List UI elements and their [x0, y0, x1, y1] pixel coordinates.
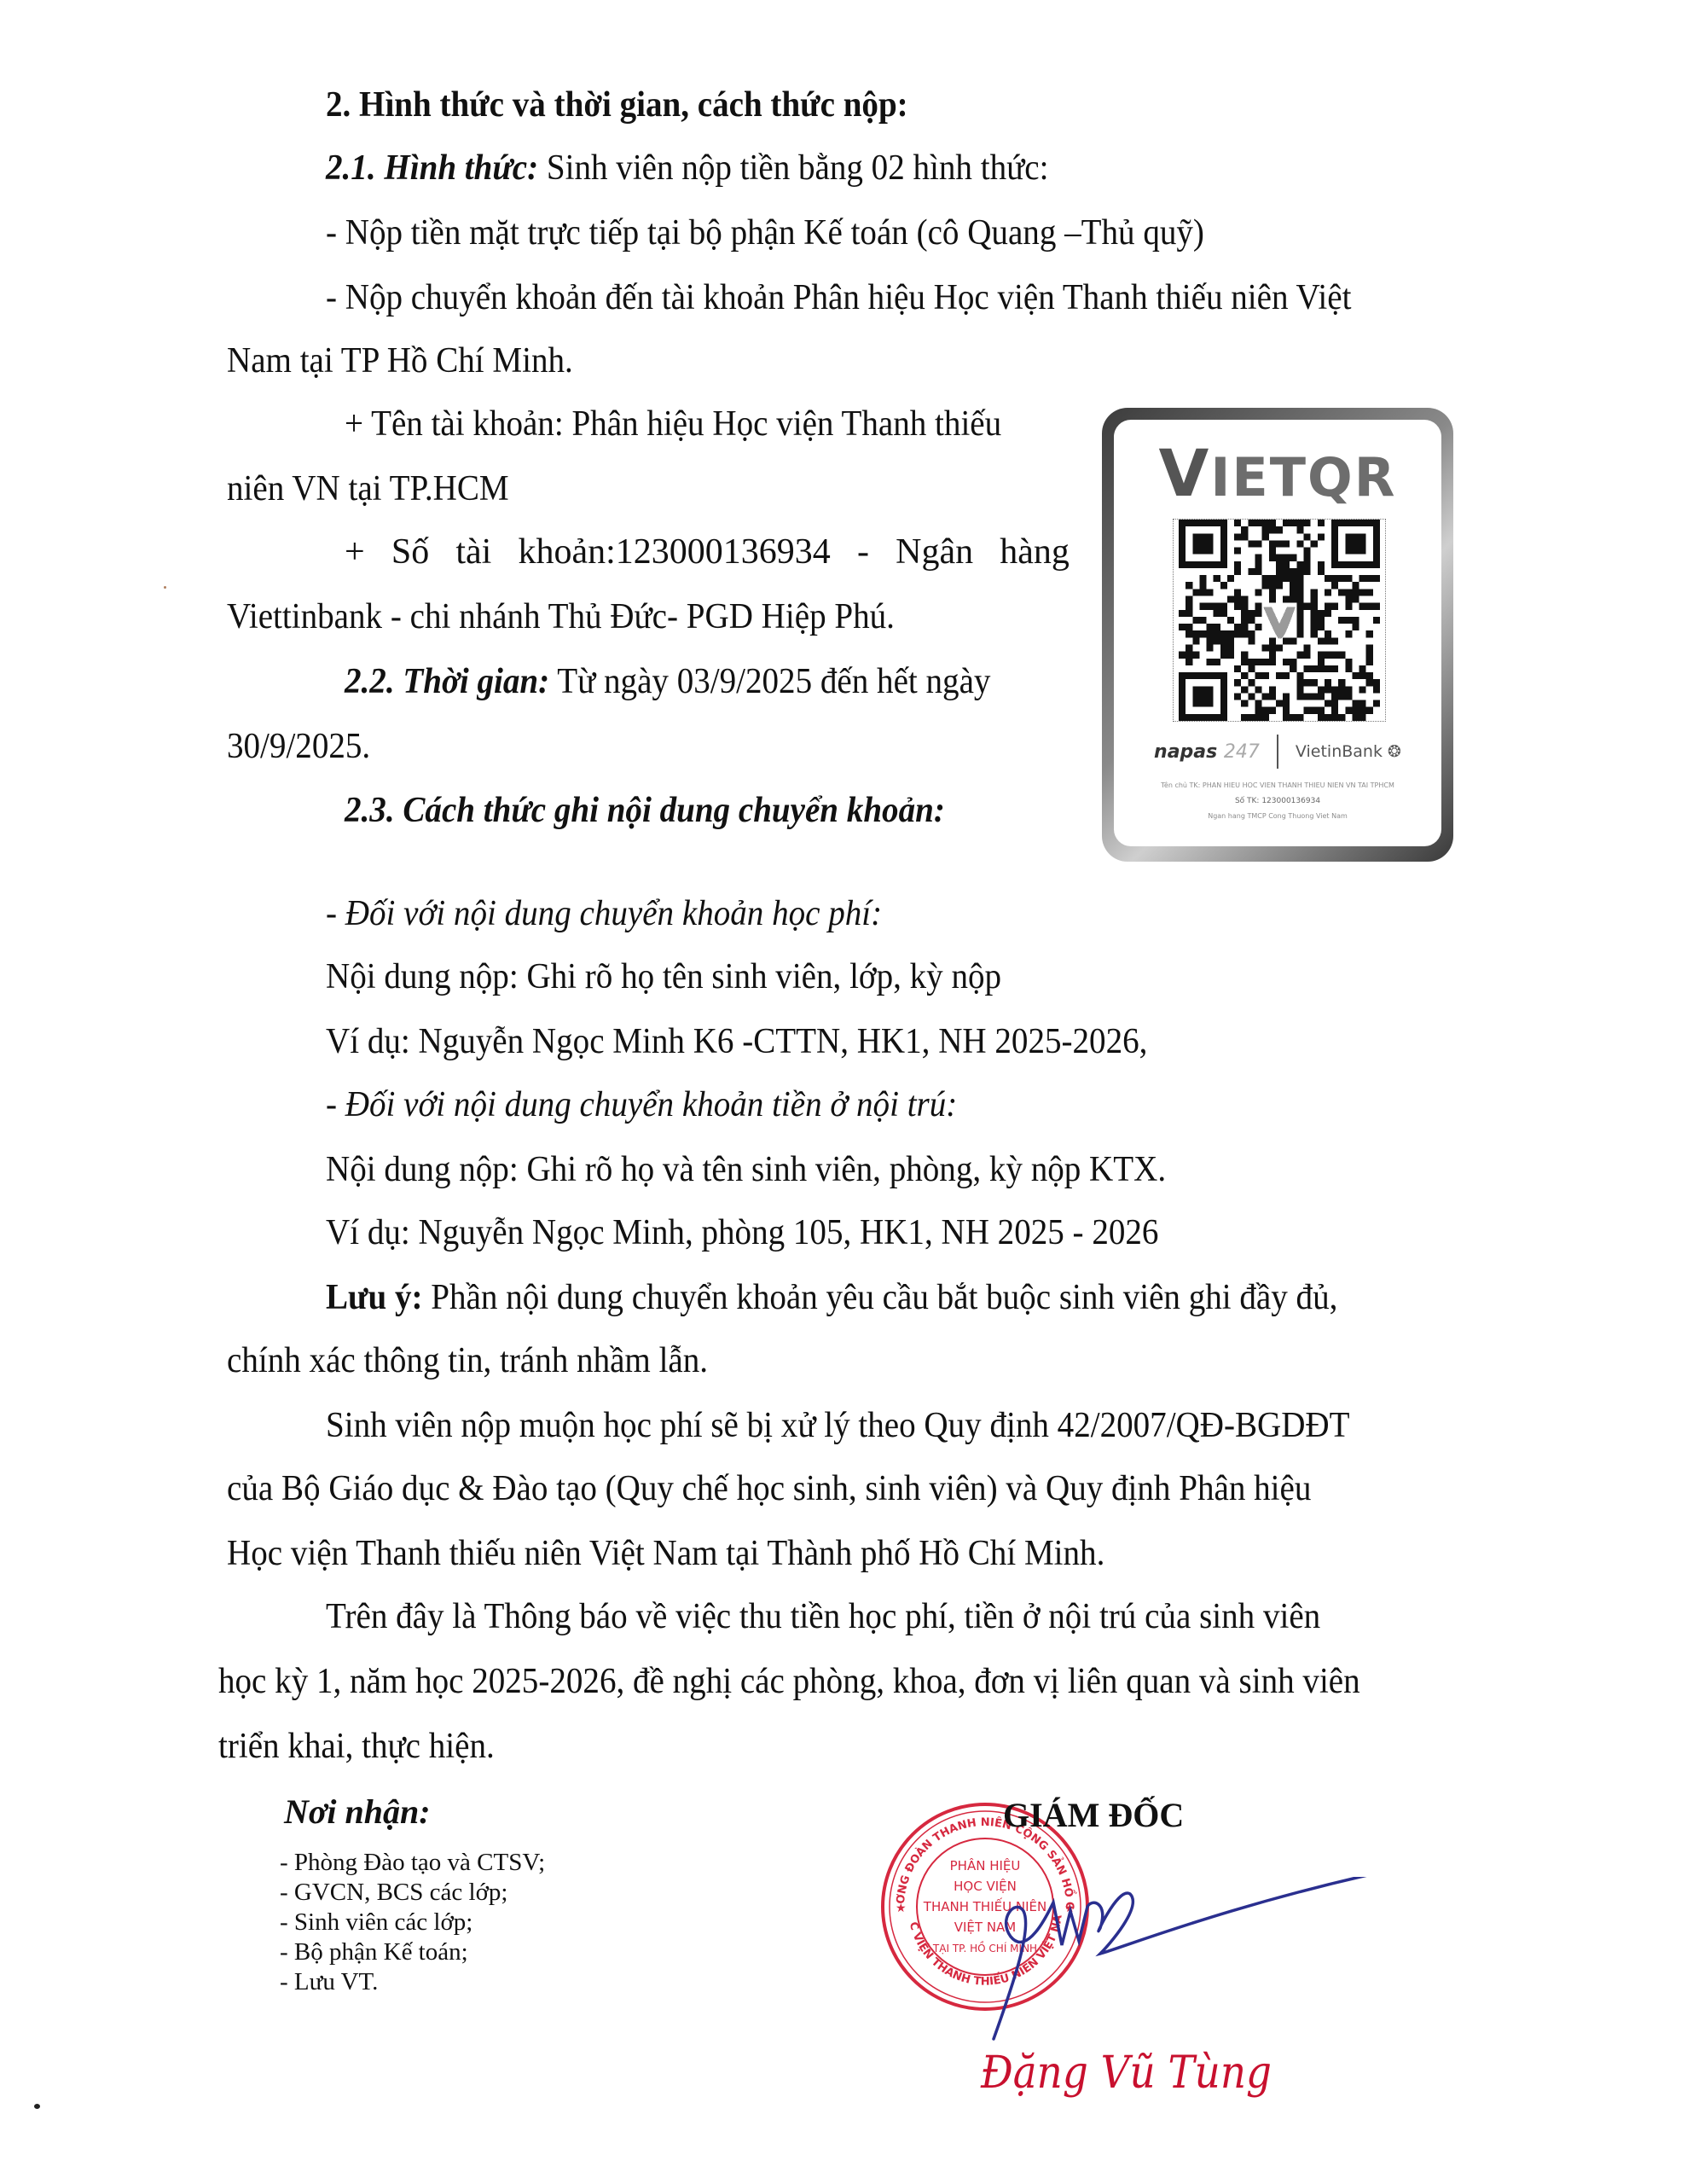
vietqr-logo-v: V: [1159, 435, 1211, 511]
closing-line1: Trên đây là Thông báo về việc thu tiền h…: [326, 1595, 1320, 1638]
recipients-list: - Phòng Đào tạo và CTSV; - GVCN, BCS các…: [280, 1848, 545, 1997]
form-paragraph: 2.1. Hình thức: Sinh viên nộp tiền bằng …: [326, 147, 1048, 189]
vietinbank-icon: ❂: [1388, 742, 1401, 761]
vietqr-logo: VIETQR: [1114, 435, 1441, 511]
late-payment-line2: của Bộ Giáo dục & Đào tạo (Quy chế học s…: [227, 1467, 1311, 1510]
bank-branch-line: Viettinbank - chi nhánh Thủ Đức- PGD Hiệ…: [227, 595, 895, 638]
method-cash: - Nộp tiền mặt trực tiếp tại bộ phận Kế …: [326, 212, 1204, 254]
tuition-example: Ví dụ: Nguyễn Ngọc Minh K6 -CTTN, HK1, N…: [326, 1020, 1147, 1063]
account-number-word: -: [857, 531, 869, 573]
subsection-text: Sinh viên nộp tiền bằng 02 hình thức:: [538, 148, 1048, 188]
note-text-line2: chính xác thông tin, tránh nhầm lẫn.: [227, 1339, 708, 1382]
brand-divider: [1277, 735, 1278, 769]
svg-text:PHÂN HIỆU: PHÂN HIỆU: [950, 1857, 1021, 1873]
subsection-text: Từ ngày 03/9/2025 đến hết ngày: [549, 662, 990, 701]
recipient-item: - Phòng Đào tạo và CTSV;: [280, 1848, 545, 1878]
closing-line2: học kỳ 1, năm học 2025-2026, đề nghị các…: [218, 1660, 1360, 1703]
vietqr-card: VIETQR napas 247 VietinBank ❂ Tên chủ TK…: [1102, 408, 1453, 862]
time-end-date: 30/9/2025.: [227, 725, 370, 768]
napas-logo: napas 247: [1154, 741, 1260, 763]
account-number-word: hàng: [1000, 531, 1070, 573]
qr-account-holder: Tên chủ TK: PHAN HIEU HOC VIEN THANH THI…: [1114, 781, 1441, 789]
qr-code-icon: [1174, 520, 1385, 721]
closing-line3: triển khai, thực hiện.: [218, 1725, 495, 1768]
recipient-item: - Sinh viên các lớp;: [280, 1908, 545, 1937]
time-paragraph: 2.2. Thời gian: Từ ngày 03/9/2025 đến hế…: [345, 660, 990, 703]
dorm-example: Ví dụ: Nguyễn Ngọc Minh, phòng 105, HK1,…: [326, 1211, 1158, 1254]
method-transfer-line2: Nam tại TP Hồ Chí Minh.: [227, 340, 573, 382]
scan-speck: [34, 2104, 40, 2109]
document-page: 2. Hình thức và thời gian, cách thức nộp…: [0, 0, 1687, 2184]
vietqr-logo-text: IETQR: [1210, 446, 1396, 508]
account-number-word: khoản:123000136934: [519, 531, 831, 573]
dorm-content: Nội dung nộp: Ghi rõ họ và tên sinh viên…: [326, 1148, 1166, 1191]
recipient-item: - Bộ phận Kế toán;: [280, 1937, 545, 1967]
dorm-heading: - Đối với nội dung chuyển khoản tiền ở n…: [326, 1083, 957, 1126]
qr-code-image[interactable]: [1173, 519, 1386, 722]
account-name-line2: niên VN tại TP.HCM: [227, 468, 509, 510]
method-transfer-line1: - Nộp chuyển khoản đến tài khoản Phân hi…: [326, 276, 1351, 319]
subsection-label: 2.2. Thời gian:: [345, 662, 549, 701]
recipient-item: - Lưu VT.: [280, 1967, 545, 1997]
recipients-title: Nơi nhận:: [284, 1792, 431, 1832]
vietinbank-logo: VietinBank ❂: [1296, 742, 1401, 761]
account-number-word: +: [345, 531, 365, 573]
transfer-content-heading: 2.3. Cách thức ghi nội dung chuyển khoản…: [345, 789, 945, 832]
svg-text:★: ★: [896, 1902, 907, 1915]
note-label: Lưu ý:: [326, 1278, 423, 1317]
scan-speck: [164, 586, 166, 589]
qr-account-number: Số TK: 123000136934: [1114, 797, 1441, 805]
account-number-word: tài: [455, 531, 491, 573]
signer-name: Đặng Vũ Tùng: [981, 2047, 1272, 2099]
account-number-word: Ngân: [896, 531, 973, 573]
subsection-label: 2.1. Hình thức:: [326, 148, 538, 188]
tuition-content: Nội dung nộp: Ghi rõ họ tên sinh viên, l…: [326, 955, 1001, 998]
late-payment-line3: Học viện Thanh thiếu niên Việt Nam tại T…: [227, 1532, 1104, 1575]
handwritten-signature: [981, 1877, 1407, 2047]
note-paragraph: Lưu ý: Phần nội dung chuyển khoản yêu cầ…: [326, 1276, 1337, 1319]
qr-bank-name: Ngan hang TMCP Cong Thuong Viet Nam: [1114, 812, 1441, 820]
recipient-item: - GVCN, BCS các lớp;: [280, 1878, 545, 1908]
tuition-heading: - Đối với nội dung chuyển khoản học phí:: [326, 892, 882, 935]
note-text: Phần nội dung chuyển khoản yêu cầu bắt b…: [423, 1278, 1338, 1317]
section-heading: 2. Hình thức và thời gian, cách thức nộp…: [326, 84, 908, 126]
vietqr-card-body: VIETQR napas 247 VietinBank ❂ Tên chủ TK…: [1114, 420, 1441, 846]
account-name-line1: + Tên tài khoản: Phân hiệu Học viện Than…: [345, 403, 1001, 445]
late-payment-line1: Sinh viên nộp muộn học phí sẽ bị xử lý t…: [326, 1404, 1350, 1447]
signer-title: GIÁM ĐỐC: [1003, 1795, 1184, 1835]
account-number-line: +Sốtàikhoản:123000136934-Ngânhàng: [345, 531, 1070, 573]
account-number-word: Số: [391, 531, 429, 573]
payment-brands: napas 247 VietinBank ❂: [1114, 732, 1441, 771]
